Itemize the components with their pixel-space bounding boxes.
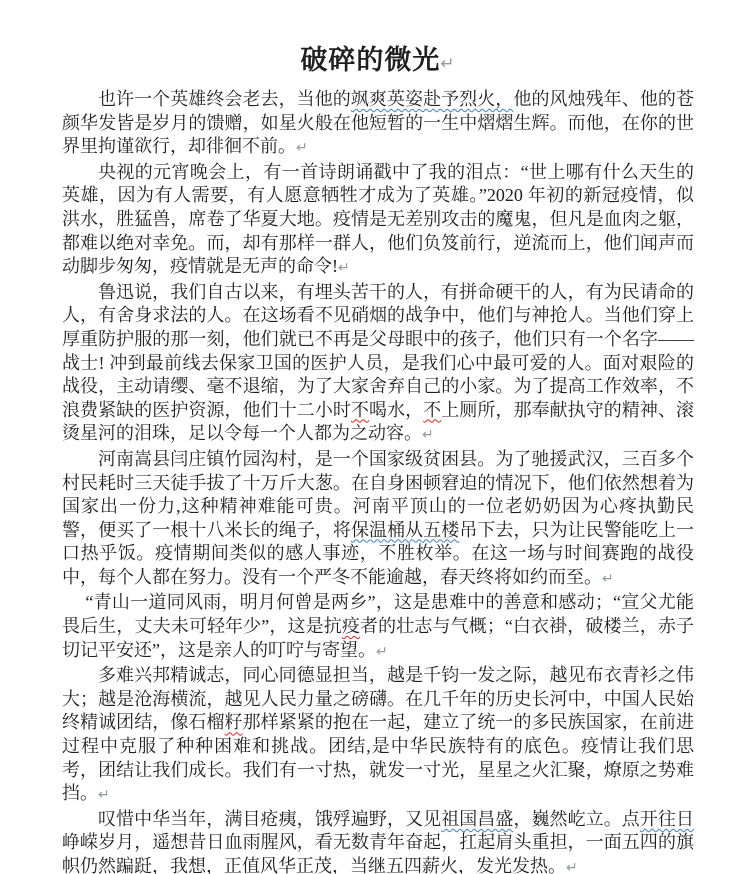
paragraph-mark: ↵ [376,644,388,660]
paragraph-mark: ↵ [338,260,350,276]
paragraph-mark: ↵ [440,54,455,74]
paragraph-5[interactable]: “青山一道同风雨，明月何曾是两乡”，这是患难中的善意和感动；“宣父尤能畏后生，丈… [62,591,694,664]
paragraph-3[interactable]: 鲁迅说，我们自古以来，有埋头苦干的人，有拼命硬干的人，有为民请命的人，有舍身求法… [62,281,694,448]
text-segment: 峥嵘岁月，遥想昔日血雨腥风，看无数青年奋起，扛起肩头重担，一面五四的旗帜仍然蹁跹… [62,832,694,874]
paragraph-1[interactable]: 也许一个英雄终会老去，当他的飒爽英姿赴予烈火，他的风烛残年、他的苍颜华发皆是岁月… [62,88,694,161]
paragraph-2[interactable]: 央视的元宵晚会上，有一首诗朗诵戳中了我的泪点：“世上哪有什么天生的英雄，因为有人… [62,161,694,281]
grammar-error-text: 飒爽英姿赴予烈火， [351,89,514,109]
paragraph-7[interactable]: 叹惜中华当年，满目疮痍，饿殍遍野，又见祖国昌盛，巍然屹立。点开往日峥嵘岁月，遥想… [62,808,694,874]
text-segment: 也许一个英雄终会老去，当他的 [98,89,351,109]
grammar-error-text: 保温桶从五楼 [351,520,459,540]
document-page[interactable]: 破碎的微光↵ 也许一个英雄终会老去，当他的飒爽英姿赴予烈火，他的风烛残年、他的苍… [0,0,755,874]
paragraph-4[interactable]: 河南嵩县闫庄镇竹园沟村，是一个国家级贫困县。为了驰援武汉，三百多个村民耗时三天徒… [62,448,694,592]
grammar-error-text: 祖国昌盛 [441,809,513,829]
spelling-error-text: 疫 [342,616,360,636]
text-segment: ，巍然屹立。点 [513,809,639,829]
paragraph-6[interactable]: 多难兴邦精诚志，同心同德显担当，越是千钧一发之际，越见布衣青衫之伟大；越是沧海横… [62,664,694,808]
text-segment: 喝水， [369,400,423,420]
text-segment: 叹惜中华当年，满目疮痍，饿殍遍野，又见 [98,809,441,829]
document-title[interactable]: 破碎的微光↵ [62,42,694,82]
paragraph-mark: ↵ [566,860,578,874]
spelling-error-text: 不 [423,400,441,420]
paragraph-list: 也许一个英雄终会老去，当他的飒爽英姿赴予烈火，他的风烛残年、他的苍颜华发皆是岁月… [62,88,694,874]
spelling-error-text: 籽 [225,712,243,732]
paragraph-mark: ↵ [296,140,308,156]
text-segment: 央视的元宵晚会上，有一首诗朗诵戳中了我的泪点：“世上哪有什么天生的英雄，因为有人… [62,162,694,276]
paragraph-mark: ↵ [602,571,614,587]
paragraph-mark: ↵ [422,427,434,443]
document-title-text: 破碎的微光 [300,45,440,75]
paragraph-mark: ↵ [98,787,110,803]
spelling-error-text: 不 [351,400,369,420]
grammar-error-text: 开往日 [640,809,694,829]
